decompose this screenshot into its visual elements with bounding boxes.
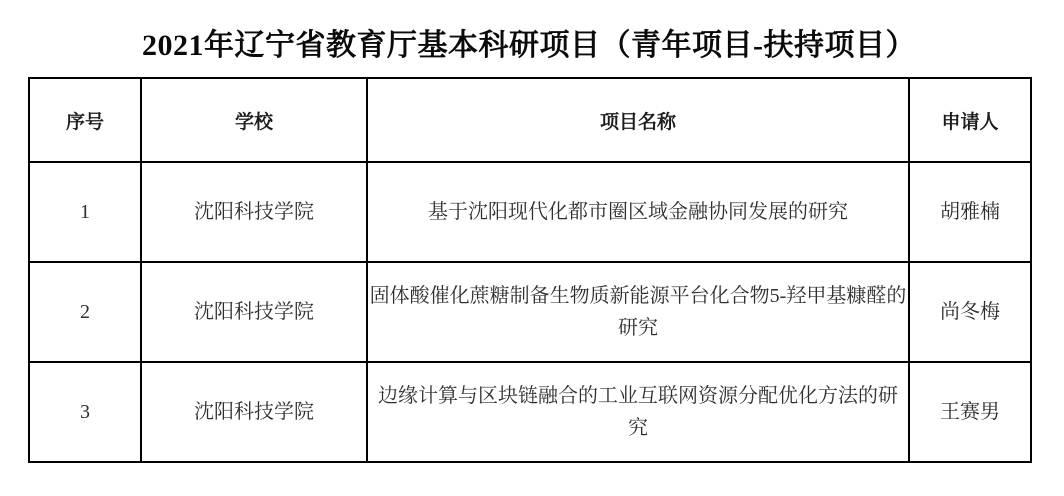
header-school: 学校	[141, 78, 367, 162]
cell-serial-number: 3	[29, 362, 141, 462]
header-applicant: 申请人	[909, 78, 1031, 162]
cell-project-name: 基于沈阳现代化都市圈区域金融协同发展的研究	[367, 162, 909, 262]
cell-project-name: 固体酸催化蔗糖制备生物质新能源平台化合物5-羟甲基糠醛的研究	[367, 262, 909, 362]
cell-project-name: 边缘计算与区块链融合的工业互联网资源分配优化方法的研究	[367, 362, 909, 462]
header-project-name: 项目名称	[367, 78, 909, 162]
header-serial-number: 序号	[29, 78, 141, 162]
page-title: 2021年辽宁省教育厅基本科研项目（青年项目-扶持项目）	[28, 20, 1030, 64]
table-header-row: 序号 学校 项目名称 申请人	[29, 78, 1031, 162]
cell-serial-number: 2	[29, 262, 141, 362]
table-row: 3 沈阳科技学院 边缘计算与区块链融合的工业互联网资源分配优化方法的研究 王赛男	[29, 362, 1031, 462]
table-row: 2 沈阳科技学院 固体酸催化蔗糖制备生物质新能源平台化合物5-羟甲基糠醛的研究 …	[29, 262, 1031, 362]
cell-school: 沈阳科技学院	[141, 162, 367, 262]
cell-applicant: 胡雅楠	[909, 162, 1031, 262]
cell-applicant: 王赛男	[909, 362, 1031, 462]
cell-serial-number: 1	[29, 162, 141, 262]
cell-applicant: 尚冬梅	[909, 262, 1031, 362]
cell-school: 沈阳科技学院	[141, 262, 367, 362]
document-page: 2021年辽宁省教育厅基本科研项目（青年项目-扶持项目） 序号 学校 项目名称 …	[0, 0, 1064, 496]
cell-school: 沈阳科技学院	[141, 362, 367, 462]
projects-table: 序号 学校 项目名称 申请人 1 沈阳科技学院 基于沈阳现代化都市圈区域金融协同…	[28, 77, 1032, 463]
table-row: 1 沈阳科技学院 基于沈阳现代化都市圈区域金融协同发展的研究 胡雅楠	[29, 162, 1031, 262]
